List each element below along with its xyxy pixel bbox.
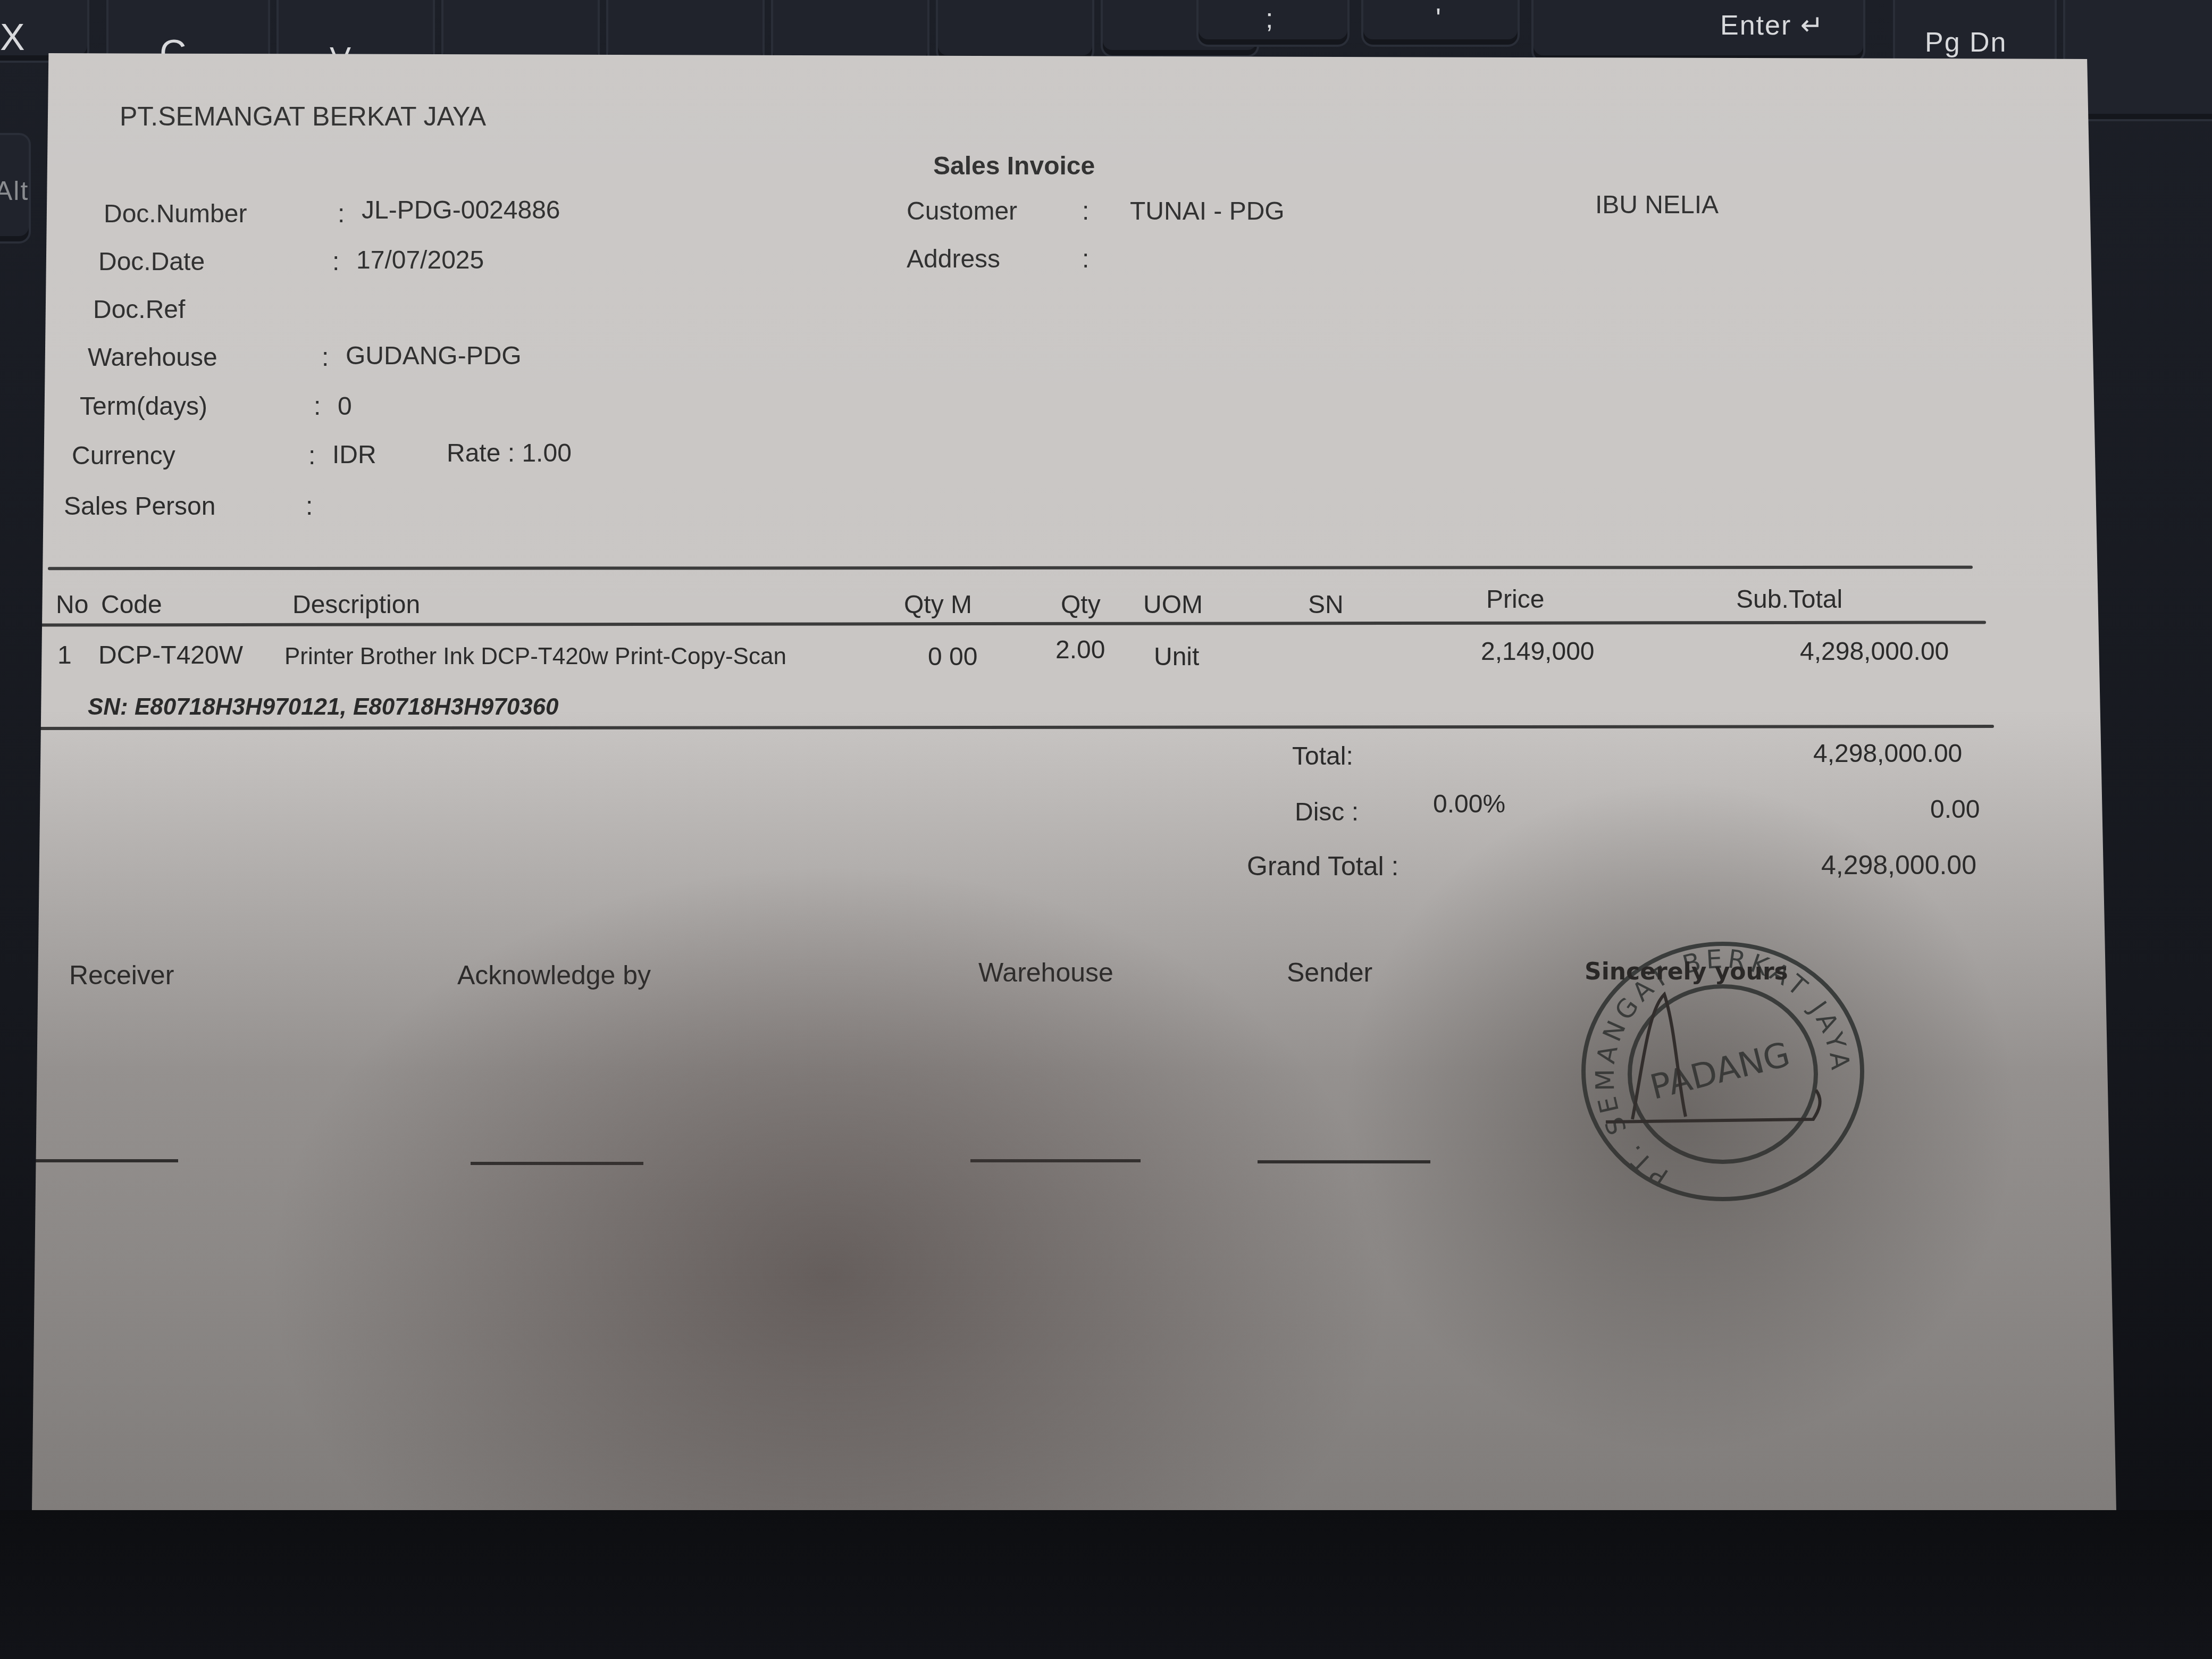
- table-top-rule: [48, 566, 1973, 571]
- customer-sep: :: [1082, 197, 1089, 226]
- customer-value: TUNAI - PDG: [1130, 197, 1285, 226]
- sales-invoice-paper: PT.SEMANGAT BERKAT JAYA Sales Invoice Do…: [32, 53, 2116, 1510]
- key-pgdn-label: Pg Dn: [1925, 27, 2007, 58]
- doc-number-sep: :: [338, 199, 345, 229]
- sales-person-label: Sales Person: [64, 492, 216, 521]
- row-description: Printer Brother Ink DCP-T420w Print-Copy…: [284, 643, 786, 670]
- row-qty: 2.00: [1055, 635, 1105, 665]
- signature-sender-line: [1258, 1160, 1430, 1163]
- grand-total-value: 4,298,000.00: [1821, 850, 1976, 881]
- signature-receiver-label: Receiver: [69, 960, 174, 991]
- customer-label: Customer: [907, 197, 1017, 226]
- term-label: Term(days): [80, 392, 207, 421]
- key-comma: [936, 0, 1094, 63]
- signature-receiver-line: [32, 1159, 178, 1162]
- col-qty: Qty: [1061, 590, 1101, 619]
- sales-person-sep: :: [306, 492, 313, 521]
- row-qty-m: 0 00: [928, 642, 977, 672]
- key-alt-label: Alt: [0, 175, 29, 206]
- svg-text:PADANG: PADANG: [1646, 1035, 1794, 1108]
- signature-sender-label: Sender: [1287, 957, 1372, 988]
- row-no: 1: [57, 641, 72, 670]
- signature-warehouse-label: Warehouse: [978, 957, 1113, 988]
- doc-date-value: 17/07/2025: [356, 246, 484, 275]
- svg-text:Sincerely yours: Sincerely yours: [1585, 958, 1788, 985]
- currency-sep: :: [308, 441, 315, 471]
- doc-number-value: JL-PDG-0024886: [362, 196, 560, 225]
- doc-number-label: Doc.Number: [104, 199, 247, 229]
- address-sep: :: [1082, 245, 1089, 274]
- doc-date-label: Doc.Date: [98, 247, 205, 276]
- col-price: Price: [1486, 585, 1544, 614]
- key-x-label: X: [0, 16, 26, 58]
- term-sep: :: [314, 392, 321, 421]
- total-label: Total:: [1292, 742, 1353, 771]
- col-qty-m: Qty M: [904, 590, 972, 619]
- term-value: 0: [338, 392, 352, 421]
- address-label: Address: [907, 245, 1000, 274]
- disc-label: Disc :: [1295, 798, 1359, 827]
- doc-ref-label: Doc.Ref: [93, 295, 185, 324]
- document-title: Sales Invoice: [933, 152, 1095, 181]
- warehouse-sep: :: [322, 343, 329, 372]
- col-uom: UOM: [1143, 590, 1203, 619]
- signature-warehouse-line: [970, 1159, 1141, 1162]
- table-header-rule: [40, 621, 1986, 626]
- key-semicolon-label: ;: [1266, 3, 1274, 35]
- grand-total-label: Grand Total :: [1247, 851, 1398, 882]
- col-code: Code: [101, 590, 162, 619]
- disc-value: 0.00: [1930, 795, 1980, 824]
- col-sn: SN: [1308, 590, 1344, 619]
- row-code: DCP-T420W: [98, 641, 243, 670]
- col-no: No: [56, 590, 88, 619]
- doc-date-sep: :: [332, 247, 339, 276]
- company-stamp-icon: PT. SEMANGAT BERKAT JAYA PADANG Sincerel…: [1563, 931, 1882, 1207]
- warehouse-label: Warehouse: [88, 343, 217, 372]
- warehouse-value: GUDANG-PDG: [346, 341, 522, 371]
- total-value: 4,298,000.00: [1813, 739, 1962, 768]
- company-name: PT.SEMANGAT BERKAT JAYA: [120, 101, 486, 132]
- col-subtotal: Sub.Total: [1736, 585, 1842, 614]
- key-quote-label: ': [1436, 3, 1442, 35]
- desk-shadow: [0, 1510, 2212, 1659]
- currency-label: Currency: [72, 441, 175, 471]
- row-uom: Unit: [1154, 642, 1199, 672]
- row-serial-numbers: SN: E80718H3H970121, E80718H3H970360: [88, 694, 559, 720]
- col-description: Description: [292, 590, 420, 619]
- row-subtotal: 4,298,000.00: [1800, 637, 1949, 666]
- exchange-rate: Rate : 1.00: [447, 439, 572, 468]
- row-price: 2,149,000: [1481, 637, 1595, 666]
- key-enter-label: Enter ↵: [1720, 10, 1824, 41]
- currency-value: IDR: [332, 440, 376, 470]
- signature-acknowledge-line: [471, 1162, 643, 1165]
- table-bottom-rule: [32, 725, 1994, 730]
- signature-acknowledge-label: Acknowledge by: [457, 960, 651, 991]
- contact-name: IBU NELIA: [1595, 190, 1719, 220]
- disc-percent: 0.00%: [1433, 790, 1505, 819]
